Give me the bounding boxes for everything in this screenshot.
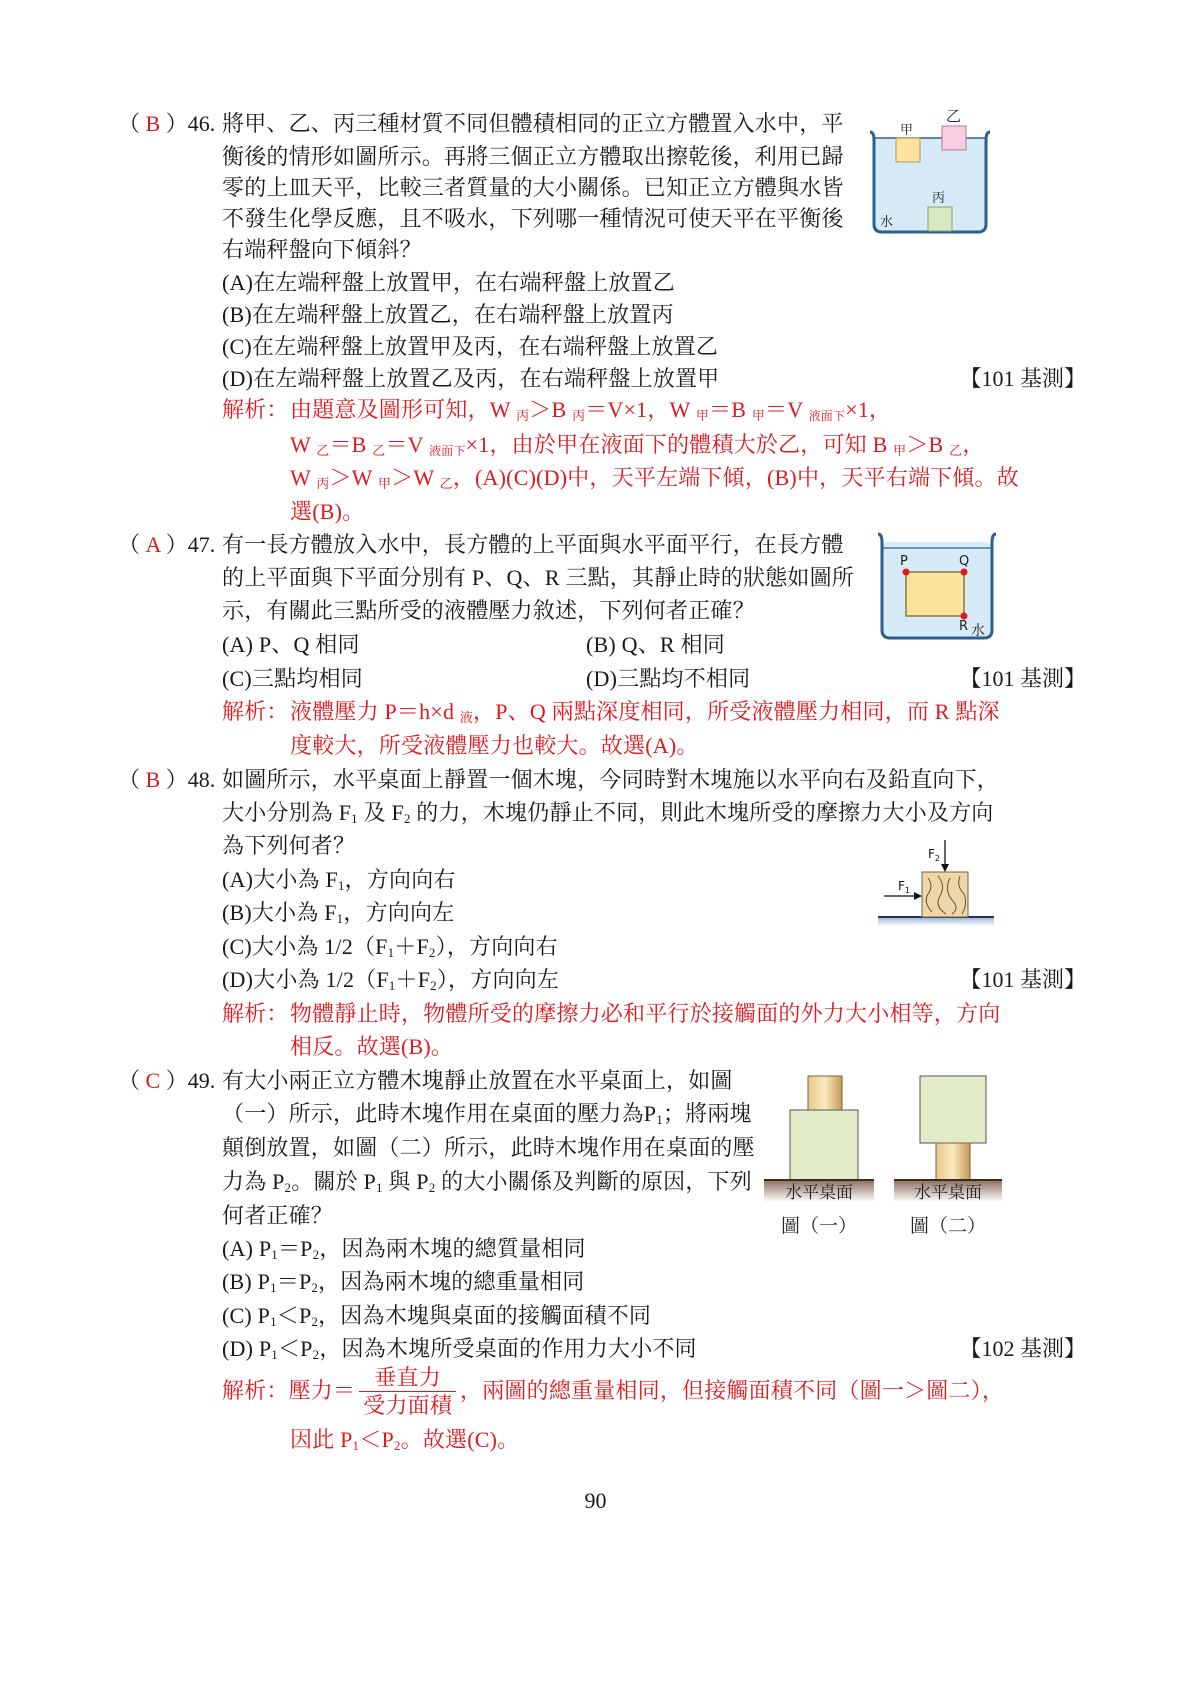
stem-line: 為下列何者？: [222, 831, 355, 861]
option-b: (B) P1＝P2，因為兩木塊的總重量相同: [222, 1267, 585, 1303]
option-d: (D)在左端秤盤上放置乙及丙，在右端秤盤上放置甲: [222, 364, 719, 394]
analysis-line: 由題意及圖形可知，W 丙＞B 丙＝V×1，W 甲＝B 甲＝V 液面下×1，: [290, 395, 891, 431]
analysis-line: 選(B)。: [290, 497, 364, 527]
label-water: 水: [971, 622, 985, 639]
analysis-line: W 乙＝B 乙＝V 液面下×1，由於甲在液面下的體積大於乙，可知 B 甲＞B 乙…: [290, 430, 985, 466]
stem-line: 右端秤盤向下傾斜？: [222, 235, 422, 265]
stem-line: 示，有關此三點所受的液體壓力敘述，下列何者正確？: [222, 596, 755, 626]
stem-line: 零的上皿天平，比較三者質量的大小關係。已知正立方體與水皆: [222, 173, 844, 203]
question-number: 49.: [188, 1068, 216, 1093]
analysis-line: 液體壓力 P＝h×d 液，P、Q 兩點深度相同，所受液體壓力相同，而 R 點深: [290, 697, 1000, 733]
stem-line: 力為 P2。關於 P1 與 P2 的大小關係及判斷的原因，下列: [222, 1167, 752, 1203]
answer-letter: C: [146, 1068, 161, 1093]
analysis-line: 度較大，所受液體壓力也較大。故選(A)。: [290, 731, 699, 761]
stem-line: 不發生化學反應，且不吸水，下列哪一種情況可使天平在平衡後: [222, 204, 844, 234]
beaker-pqr-figure: P Q R 水: [876, 532, 998, 644]
source-tag: 【101 基測】: [959, 965, 1086, 995]
analysis-formula-line: 解析：壓力＝垂直力受力面積，兩圖的總重量相同，但接觸面積不同（圖一＞圖二），: [222, 1363, 1004, 1420]
option-a: (A) P、Q 相同: [222, 630, 360, 660]
svg-text:F2: F2: [928, 847, 940, 863]
table-label-1: 水平桌面: [785, 1183, 853, 1203]
analysis-label: 解析：: [222, 697, 289, 727]
question-number: 48.: [188, 767, 216, 792]
question-number: 46.: [188, 111, 216, 136]
analysis-label: 解析：: [222, 1378, 289, 1403]
answer-slot: （ B ）46.: [118, 109, 215, 139]
stem-line: 有大小兩正立方體木塊靜止放置在水平桌面上，如圖: [222, 1066, 733, 1096]
answer-letter: B: [146, 111, 161, 136]
option-a: (A)大小為 F1，方向向右: [222, 865, 456, 901]
option-c: (C)三點均相同: [222, 664, 363, 694]
analysis-line: 物體靜止時，物體所受的摩擦力必和平行於接觸面的外力大小相等，方向: [290, 999, 1000, 1029]
label-jia: 甲: [900, 123, 913, 138]
stem-line: 大小分別為 F1 及 F2 的力，木塊仍靜止不同，則此木塊所受的摩擦力大小及方向: [222, 798, 994, 834]
stem-line: 將甲、乙、丙三種材質不同但體積相同的正立方體置入水中，平: [222, 109, 844, 139]
option-a: (A) P1＝P2，因為兩木塊的總質量相同: [222, 1234, 586, 1270]
stem-line: 有一長方體放入水中，長方體的上平面與水平面平行，在長方體: [222, 530, 844, 560]
svg-text:F1: F1: [898, 879, 910, 895]
label-water: 水: [880, 214, 893, 230]
table-label-2: 水平桌面: [914, 1183, 982, 1203]
option-b: (B) Q、R 相同: [586, 630, 725, 660]
option-d: (D)大小為 1/2（F1＋F2），方向向左: [222, 965, 559, 1001]
analysis-label: 解析：: [222, 395, 289, 425]
option-a: (A)在左端秤盤上放置甲，在右端秤盤上放置乙: [222, 268, 675, 298]
stacked-blocks-figures: 水平桌面 圖（一） 水平桌面 圖（二）: [764, 1072, 1004, 1242]
analysis-label: 解析：: [222, 999, 289, 1029]
stem-line: 何者正確？: [222, 1201, 333, 1231]
option-b: (B)在左端秤盤上放置乙，在右端秤盤上放置丙: [222, 300, 674, 330]
caption-figure-2: 圖（二）: [910, 1215, 986, 1237]
stem-line: 顛倒放置，如圖（二）所示，此時木塊作用在桌面的壓: [222, 1133, 755, 1163]
fraction-numerator: 垂直力: [359, 1365, 456, 1392]
answer-slot: （ B ）48.: [118, 765, 215, 795]
caption-figure-1: 圖（一）: [781, 1215, 857, 1237]
stem-line: 如圖所示，水平桌面上靜置一個木塊，今同時對木塊施以水平向右及鉛直向下，: [222, 765, 999, 795]
stem-line: 衡後的情形如圖所示。再將三個正立方體取出擦乾後，利用已歸: [222, 142, 844, 172]
fraction-denominator: 受力面積: [359, 1392, 456, 1420]
option-b: (B)大小為 F1，方向向左: [222, 898, 454, 934]
label-bing: 丙: [932, 191, 945, 206]
label-r: R: [959, 619, 968, 634]
stem-line: 的上平面與下平面分別有 P、Q、R 三點，其靜止時的狀態如圖所: [222, 563, 854, 593]
analysis-line: W 丙＞W 甲＞W 乙，(A)(C)(D)中，天平左端下傾，(B)中，天平右端下…: [290, 463, 1019, 499]
source-tag: 【101 基測】: [959, 664, 1086, 694]
page-number: 90: [0, 1488, 1191, 1514]
beaker-cubes-figure: 甲 乙 丙 水: [866, 108, 996, 238]
option-d: (D)三點均不相同: [586, 664, 750, 694]
pressure-fraction: 垂直力受力面積: [359, 1365, 456, 1420]
answer-letter: B: [146, 767, 161, 792]
wood-block-forces-figure: F2 F1: [876, 838, 996, 928]
option-c: (C)在左端秤盤上放置甲及丙，在右端秤盤上放置乙: [222, 332, 718, 362]
analysis-line: 因此 P1＜P2。故選(C)。: [290, 1425, 519, 1461]
answer-slot: （ A ）47.: [118, 530, 215, 560]
analysis-line: ，兩圖的總重量相同，但接觸面積不同（圖一＞圖二），: [460, 1378, 1004, 1403]
stem-line: （一）所示，此時木塊作用在桌面的壓力為P1；將兩塊: [222, 1099, 752, 1135]
analysis-line: 相反。故選(B)。: [290, 1032, 453, 1062]
source-tag: 【101 基測】: [959, 364, 1086, 394]
label-yi: 乙: [946, 108, 961, 125]
formula-lhs: 壓力＝: [289, 1378, 356, 1403]
option-c: (C)大小為 1/2（F1＋F2），方向向右: [222, 932, 558, 968]
label-p: P: [900, 554, 908, 569]
source-tag: 【102 基測】: [959, 1334, 1086, 1364]
label-q: Q: [959, 554, 969, 569]
answer-letter: A: [146, 532, 161, 557]
option-c: (C) P1＜P2，因為木塊與桌面的接觸面積不同: [222, 1301, 651, 1337]
answer-slot: （ C ）49.: [118, 1066, 215, 1096]
question-number: 47.: [188, 532, 216, 557]
